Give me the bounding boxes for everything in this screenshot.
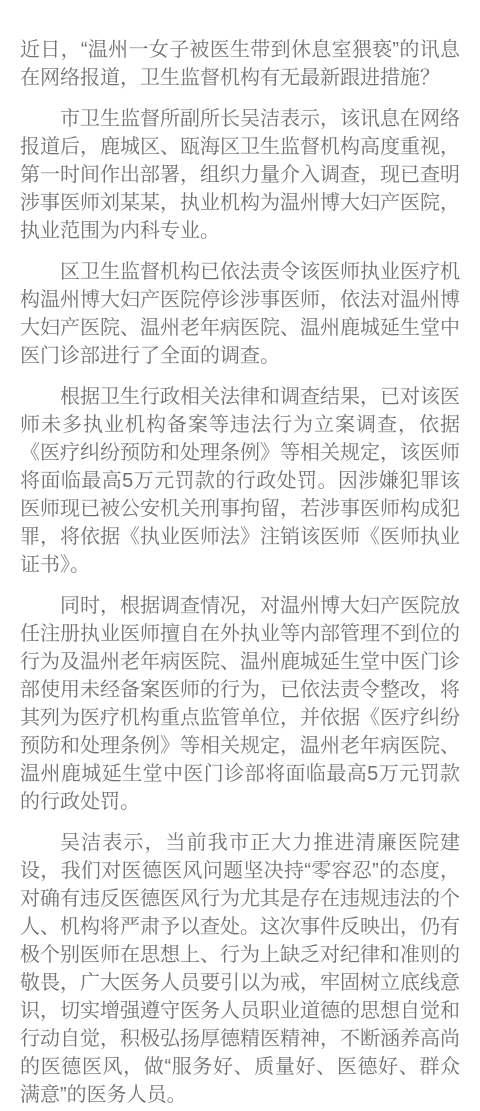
article-body: 近日，“温州一女子被医生带到休息室猥亵”的讯息在网络报道，卫生监督机构有无最新跟… [0,0,480,1109]
paragraph-intro-question: 近日，“温州一女子被医生带到休息室猥亵”的讯息在网络报道，卫生监督机构有无最新跟… [20,36,460,92]
paragraph-investigation: 区卫生监督机构已依法责令该医师执业医疗机构温州博大妇产医院停诊涉事医师，依法对温… [20,258,460,370]
paragraph-official-response: 市卫生监督所副所长吴洁表示，该讯息在网络报道后，鹿城区、瓯海区卫生监督机构高度重… [20,105,460,245]
paragraph-closing-statement: 吴洁表示，当前我市正大力推进清廉医院建设，我们对医德医风问题坚决持“零容忍”的态… [20,829,460,1109]
paragraph-punishment-doctor: 根据卫生行政相关法律和调查结果，已对该医师未多执业机构备案等违法行为立案调查，依… [20,383,460,579]
paragraph-punishment-hospitals: 同时，根据调查情况，对温州博大妇产医院放任注册执业医师擅自在外执业等内部管理不到… [20,592,460,816]
